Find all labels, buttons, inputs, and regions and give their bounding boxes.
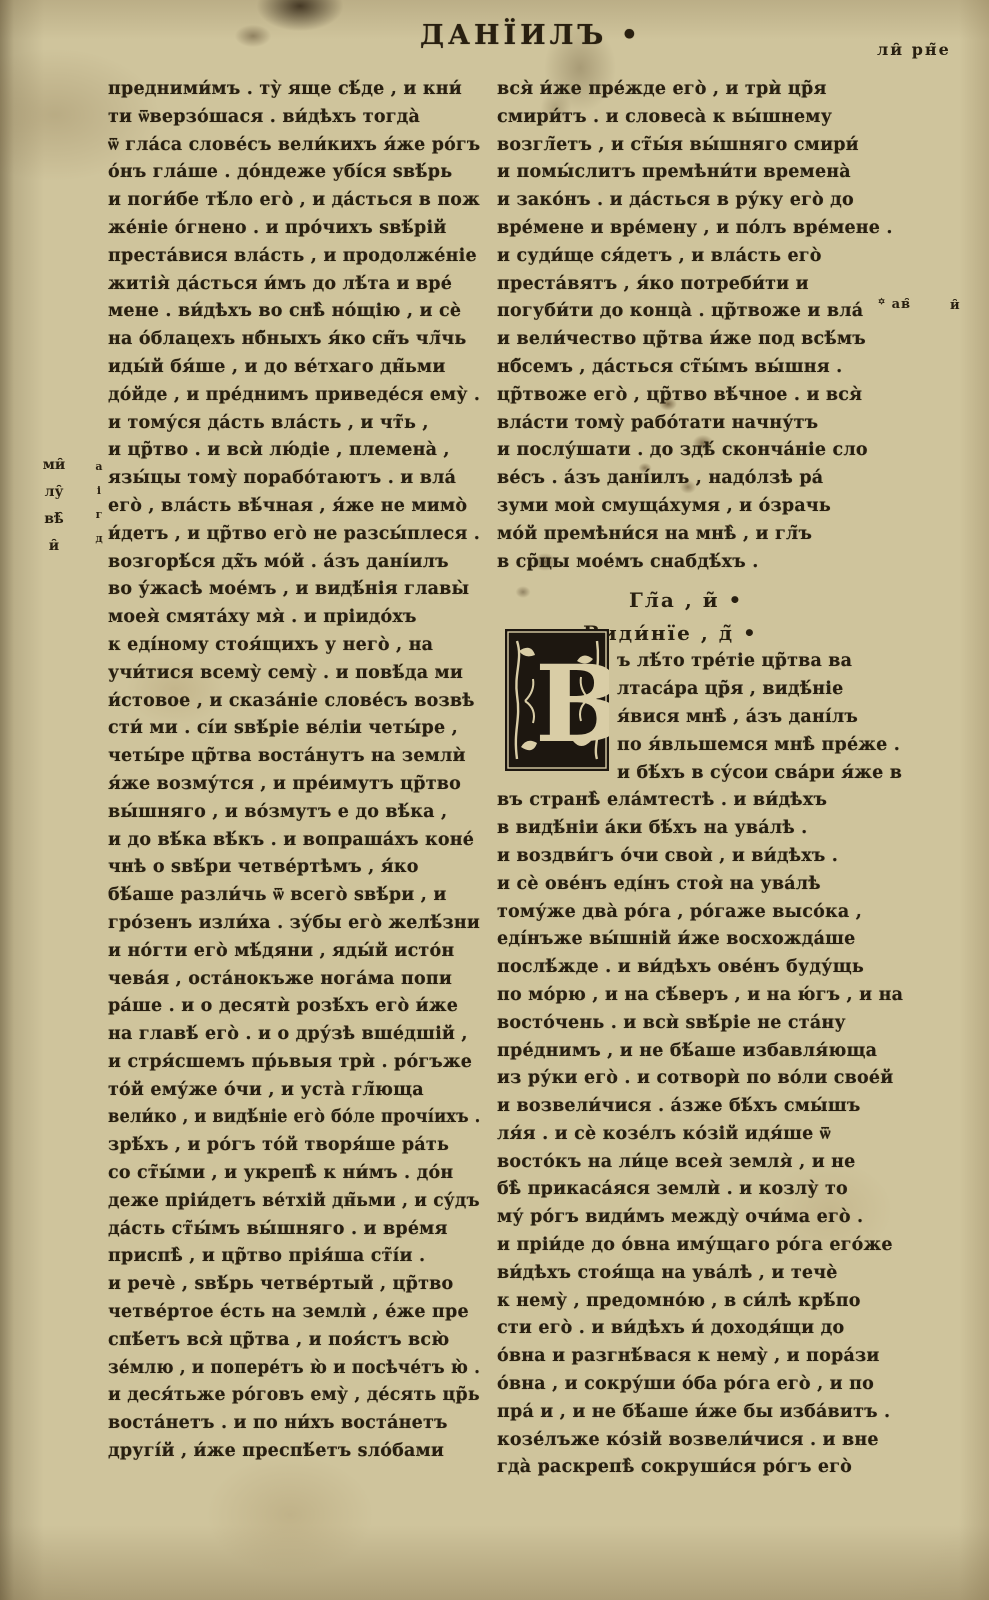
text-line: пре́днимъ , и не бѣ́аше избавля́юща bbox=[497, 1038, 929, 1066]
text-line: ѿ гла́са слове́съ вели́кихъ я́же ро́гъ bbox=[108, 132, 478, 160]
text-line: и возвели́чися . а́зже бѣ́хъ смы́шъ bbox=[497, 1093, 929, 1121]
margin-ref: і bbox=[92, 479, 106, 503]
text-line: и зако́нъ . и да́сться в ру́ку его̀ до bbox=[497, 187, 929, 215]
text-line: бѣ́аше разли́чь ѿ всего̀ ѕвѣ́ри , и bbox=[108, 882, 480, 910]
margin-ref: г bbox=[92, 503, 106, 527]
text-line: вы́шняго , и во́змутъ е до вѣ́ка , bbox=[108, 799, 480, 827]
text-line: учи́тися всему̀ сему̀ . и повѣ́да ми bbox=[108, 660, 480, 688]
text-line: другі́й , и́же преспѣ́етъ ѕло́бами bbox=[108, 1438, 480, 1466]
text-line: спѣ́етъ вся̀ цр̃тва , и поя́стъ всю̀ bbox=[108, 1327, 480, 1355]
text-line: возгл̃етъ , и ст̃ы́я вы́шняго смири́ bbox=[497, 132, 929, 160]
text-line: в ср̃цы мое́мъ снабдѣ́хъ . bbox=[497, 549, 929, 577]
text-line: восто́чень . и всѝ ѕвѣ́ріе не ста́ну bbox=[497, 1010, 929, 1038]
margin-note: и̑ bbox=[34, 533, 74, 560]
text-line: мене . ви́дѣхъ во снѣ̀ но́щію , и сѐ bbox=[108, 298, 480, 326]
text-line: чнѣ о ѕвѣ́ри четве́ртѣмъ , я́ко bbox=[108, 854, 480, 882]
margin-ref: а bbox=[92, 455, 106, 479]
margin-note: вѣ̑ bbox=[34, 506, 74, 533]
text-line: восто́къ на ли́це всея̀ земля̀ , и не bbox=[497, 1149, 929, 1177]
text-line: и поги́бе тѣ́ло его̀ , и да́сться в пож bbox=[108, 187, 478, 215]
right-column-rest: въ странѣ̀ ела́мтестѣ . и ви́дѣхъв видѣ́… bbox=[497, 787, 929, 1482]
text-line: из ру́ки его̀ . и сотворѝ по во́ли свое́… bbox=[497, 1065, 929, 1093]
text-line: козе́лъже ко́зій возвели́чися . и вне bbox=[497, 1427, 929, 1455]
text-line: и послу́шати . до здѣ́ сконча́ніе сло bbox=[497, 437, 929, 465]
text-line: и бѣ́хъ в су́сои сва́ри я́же в bbox=[617, 760, 929, 788]
text-line: предними́мъ . ту̀ яще сѣ́де , и кни́ bbox=[108, 76, 480, 104]
text-line: и воздви́гъ о́чи своѝ , и ви́дѣхъ . bbox=[497, 843, 929, 871]
text-line: приспѣ̀ , и цр̃тво прія́ша ст̃і́и . bbox=[108, 1243, 480, 1271]
text-line: и суди́ще ся́детъ , и вла́сть его̀ bbox=[497, 243, 929, 271]
text-line: о́вна , и сокру́ши о́ба ро́га его̀ , и п… bbox=[497, 1371, 929, 1399]
text-line: возгорѣ́ся дх̃ъ мо́й . а́зъ дані́илъ bbox=[108, 549, 480, 577]
text-line: язы́цы тому̀ порабо́таютъ . и вла́ bbox=[108, 465, 480, 493]
text-line: ти ѿверзо́шася . ви́дѣхъ тогда̀ bbox=[108, 104, 480, 132]
text-line: и но́гти его̀ мѣ́дяни , яды́й исто́н bbox=[108, 938, 480, 966]
left-margin-notes: ми̑лу̑вѣ̑и̑ bbox=[34, 452, 74, 560]
text-line: зрѣ́хъ , и ро́гъ то́й творя́ше ра́ть bbox=[108, 1132, 480, 1160]
margin-ref: д bbox=[92, 527, 106, 551]
right-column-top: вся̀ и́же пре́жде его̀ , и трѝ цр̃ясмири… bbox=[497, 76, 929, 576]
text-line: до́йде , и пре́днимъ приведе́ся ему̀ . bbox=[108, 382, 477, 410]
text-line: в видѣ́ніи а́ки бѣ́хъ на ува́лѣ . bbox=[497, 815, 929, 843]
text-line: и сѐ ове́нъ еді́нъ стоя̀ на ува́лѣ bbox=[497, 871, 929, 899]
text-line: и тому́ся да́сть вла́сть , и чт̃ь , bbox=[108, 410, 480, 438]
chapter-heading: Гл̃а , и̃ • bbox=[629, 582, 929, 618]
text-line: зе́млю , и попере́тъ ю̀ и посѣче́тъ ю̀ . bbox=[108, 1355, 464, 1383]
text-line: гда̀ раскрепѣ̀ сокруши́ся ро́гъ его̀ bbox=[497, 1454, 929, 1482]
text-line: вре́мене и вре́мену , и по́лъ вре́мене . bbox=[497, 215, 929, 243]
text-line: нб̃семъ , да́сться ст̃ы́мъ вы́шня . bbox=[497, 354, 929, 382]
text-line: же́ніе о́гнено . и про́чихъ ѕвѣ́рій bbox=[108, 215, 480, 243]
text-line: смири́тъ . и словеса̀ к вы́шнему bbox=[497, 104, 929, 132]
margin-note: ми̑ bbox=[34, 452, 74, 479]
text-line: четы́ре цр̃тва воста́нутъ на землѝ bbox=[108, 743, 480, 771]
text-line: и пріи́де до о́вна иму́щаго ро́га его́же bbox=[497, 1232, 929, 1260]
text-line: ви́дѣхъ стоя́ща на ува́лѣ , и течѐ bbox=[497, 1260, 929, 1288]
text-line: и речѐ , ѕвѣ́рь четве́ртый , цр̃тво bbox=[108, 1271, 480, 1299]
text-line: я́же возму́тся , и пре́имутъ цр̃тво bbox=[108, 771, 480, 799]
woodcut-initial-letter: В bbox=[505, 629, 609, 771]
folio-number: ли̑ рн̃е bbox=[877, 40, 951, 59]
text-line: к еді́ному стоя́щихъ у него̀ , на bbox=[108, 632, 480, 660]
text-line: гро́зенъ изли́ха . зу́бы его̀ желѣ́зни bbox=[108, 910, 479, 938]
text-line: деже пріи́детъ ве́тхій дн̃ьми , и су́дъ bbox=[108, 1188, 470, 1216]
text-line: му́ ро́гъ види́мъ между̀ очи́ма его̀ . bbox=[497, 1204, 929, 1232]
text-line: его̀ , вла́сть вѣ́чная , я́же не мимо̀ bbox=[108, 493, 480, 521]
text-line: иды́й бя́ше , и до ве́тхаго дн̃ьми bbox=[108, 354, 480, 382]
text-line: то́й ему́же о́чи , и уста̀ гл̃юща bbox=[108, 1077, 480, 1105]
text-line: пра́ и , и не бѣ́аше и́же бы изба́витъ . bbox=[497, 1399, 929, 1427]
text-line: въ странѣ̀ ела́мтестѣ . и ви́дѣхъ bbox=[497, 787, 929, 815]
text-line: ля́я . и сѐ козе́лъ ко́зій идя́ше ѿ bbox=[497, 1121, 929, 1149]
left-margin-refs: аігд bbox=[92, 455, 106, 551]
text-line: мо́й премѣни́ся на мнѣ̀ , и гл̃ъ bbox=[497, 521, 929, 549]
text-line: тому́же два̀ ро́га , ро́гаже высо́ка , bbox=[497, 899, 929, 927]
text-line: и вели́чество цр̃тва и́же под всѣ́мъ bbox=[497, 326, 929, 354]
text-line: и́стовое , и сказа́ніе слове́съ возвѣ bbox=[108, 688, 480, 716]
vision-heading: Види́нїе , д̃ • bbox=[583, 618, 929, 648]
left-text-column: предними́мъ . ту̀ яще сѣ́де , и кни́ти ѿ… bbox=[108, 76, 480, 1466]
margin-note: и̑ bbox=[950, 298, 961, 313]
text-line: и стря́сшемъ пр́ьвыя трѝ . ро́гъже bbox=[108, 1049, 480, 1077]
book-page-scan: ДАНЇИЛЪ • ли̑ рн̃е ми̑лу̑вѣ̑и̑ аігд ꙳ ав… bbox=[0, 0, 989, 1600]
text-line: на главѣ́ его̀ . и о дру́зѣ вше́дшій , bbox=[108, 1021, 480, 1049]
text-line: во у́жасѣ мое́мъ , и видѣ́нія главы̀ bbox=[108, 576, 480, 604]
text-line: по мо́рю , и на сѣ́веръ , и на ю́гъ , и … bbox=[497, 982, 929, 1010]
drop-cap-glyph: В bbox=[535, 641, 609, 766]
text-line: ъ лѣ́то тре́тіе цр̃тва ва bbox=[617, 648, 929, 676]
text-line: со ст̃ы́ми , и укрепѣ̀ к ни́мъ . до́н bbox=[108, 1160, 480, 1188]
text-line: ра́ше . и о десятѝ розѣ́хъ его̀ и́же bbox=[108, 993, 480, 1021]
text-line: ве́съ . а́зъ дані́илъ , надо́лзѣ ра́ bbox=[497, 465, 929, 493]
text-line: и до вѣ́ка вѣ́къ . и вопраша́хъ коне́ bbox=[108, 827, 480, 855]
text-line: бѣ̀ прикаса́яся землѝ . и козлу̀ то bbox=[497, 1176, 929, 1204]
text-line: вели́ко , и видѣ́ніе его̀ бо́ле прочі́их… bbox=[108, 1104, 453, 1132]
text-line: еді́нъже вы́шній и́же восхожда́ше bbox=[497, 926, 929, 954]
text-line: к нему̀ , предомно́ю , в си́лѣ крѣ́по bbox=[497, 1288, 929, 1316]
text-line: о́нъ гла́ше . до́ндеже убі́ся ѕвѣ́рь bbox=[108, 159, 480, 187]
text-line: сти́ ми . сі́и ѕвѣ́ріе ве́ліи четы́ре , bbox=[108, 715, 480, 743]
margin-note: лу̑ bbox=[34, 479, 74, 506]
text-line: и помы́слитъ премѣни́ти времена̀ bbox=[497, 159, 929, 187]
text-line: я́вися мнѣ̀ , а́зъ дані́лъ bbox=[617, 704, 929, 732]
text-line: да́сть ст̃ы́мъ вы́шняго . и вре́мя bbox=[108, 1216, 480, 1244]
text-line: послѣ́жде . и ви́дѣхъ ове́нъ буду́щь bbox=[497, 954, 929, 982]
text-line: зуми моѝ смуща́хумя , и о́зрачь bbox=[497, 493, 929, 521]
text-line: на о́блацехъ нб̃ныхъ я́ко сн̃ъ чл̃чь bbox=[108, 326, 480, 354]
text-line: вся̀ и́же пре́жде его̀ , и трѝ цр̃я bbox=[497, 76, 929, 104]
page-title: ДАНЇИЛЪ • bbox=[420, 20, 642, 51]
text-line: по я́вльшемся мнѣ̀ пре́же . bbox=[617, 732, 929, 760]
text-line: преста́вися вла́сть , и продолже́ніе bbox=[108, 243, 480, 271]
text-line: житія̀ да́сться и́мъ до лѣ́та и вре́ bbox=[108, 271, 480, 299]
text-line: четве́ртое е́сть на землѝ , е́же пре bbox=[108, 1299, 480, 1327]
text-line: и деся́тьже ро́говъ ему̀ , де́сять цр̃ь bbox=[108, 1382, 476, 1410]
text-line: о́вна и разгнѣ́вася к нему̀ , и пора́зи bbox=[497, 1343, 929, 1371]
text-line: воста́нетъ . и по ни́хъ воста́нетъ bbox=[108, 1410, 480, 1438]
text-line: и́детъ , и цр̃тво его̀ не разсы́плеся . bbox=[108, 521, 477, 549]
text-line: чева́я , оста́нокъже нога́ма попи bbox=[108, 966, 480, 994]
text-line: цр̃твоже его̀ , цр̃тво вѣ́чное . и вся̀ bbox=[497, 382, 929, 410]
text-line: вла́сти тому̀ рабо́тати начну́тъ bbox=[497, 410, 929, 438]
text-line: преста́вятъ , я́ко потреби́ти и bbox=[497, 271, 929, 299]
right-text-column: вся̀ и́же пре́жде его̀ , и трѝ цр̃ясмири… bbox=[497, 76, 929, 1482]
text-line: лтаса́ра цр̃я , видѣ́ніе bbox=[617, 676, 929, 704]
text-line: сти его̀ . и ви́дѣхъ и́ доходя́щи до bbox=[497, 1315, 929, 1343]
text-line: и цр̃тво . и всѝ лю́діе , племена̀ , bbox=[108, 437, 480, 465]
text-line: моея̀ смята́ху мя̀ . и пріидо́хъ bbox=[108, 604, 480, 632]
text-line: погуби́ти до конца̀ . цр̃твоже и вла́ bbox=[497, 298, 929, 326]
